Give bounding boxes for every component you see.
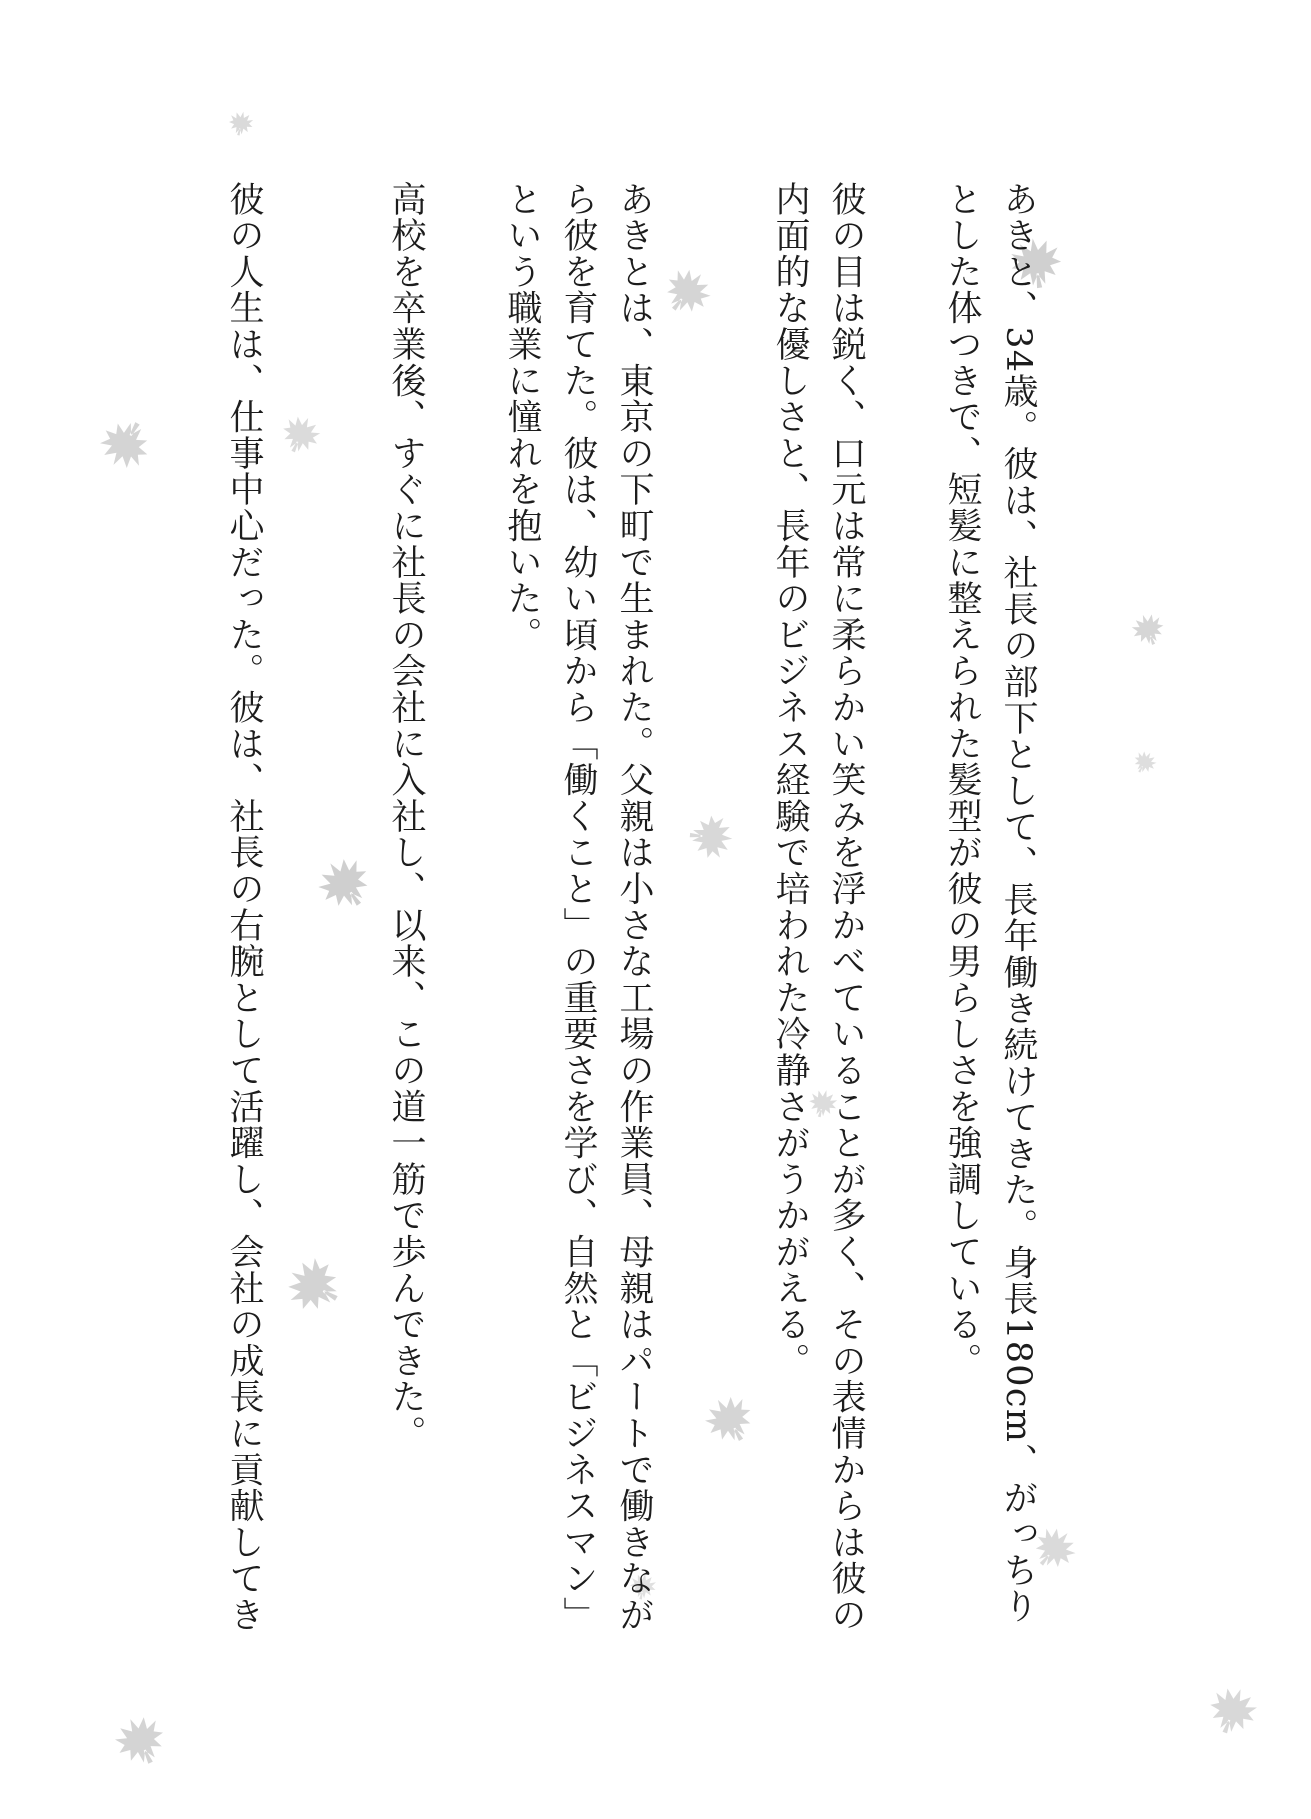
maple-leaf-icon (695, 1385, 763, 1453)
paragraph-4: 高校を卒業後、すぐに社長の会社に入社し、以来、この道一筋で歩んできた。 (378, 181, 434, 1633)
maple-leaf-icon (89, 409, 160, 480)
paragraph-1: あきと、34歳。彼は、社長の部下として、長年働き続けてきた。身長180cm、がっ… (934, 181, 1046, 1633)
maple-leaf-icon (226, 108, 257, 139)
paragraph-3: あきとは、東京の下町で生まれた。父親は小さな工場の作業員、母親はパートで働きなが… (494, 181, 662, 1633)
maple-leaf-icon (1201, 1678, 1265, 1742)
maple-leaf-icon (654, 257, 721, 324)
paragraph-2: 彼の目は鋭く、口元は常に柔らかい笑みを浮かべていることが多く、その表情からは彼の… (762, 181, 874, 1633)
maple-leaf-icon (1129, 746, 1162, 779)
document-page: あきと、34歳。彼は、社長の部下として、長年働き続けてきた。身長180cm、がっ… (0, 0, 1311, 1819)
maple-leaf-icon (687, 812, 737, 862)
maple-leaf-icon (306, 845, 381, 920)
maple-leaf-icon (105, 1705, 174, 1774)
maple-leaf-icon (275, 1247, 351, 1323)
paragraph-5: 彼の人生は、仕事中心だった。彼は、社長の右腕として活躍し、会社の成長に貢献してき (216, 181, 272, 1633)
maple-leaf-icon (1126, 607, 1170, 651)
maple-leaf-icon (275, 408, 328, 461)
